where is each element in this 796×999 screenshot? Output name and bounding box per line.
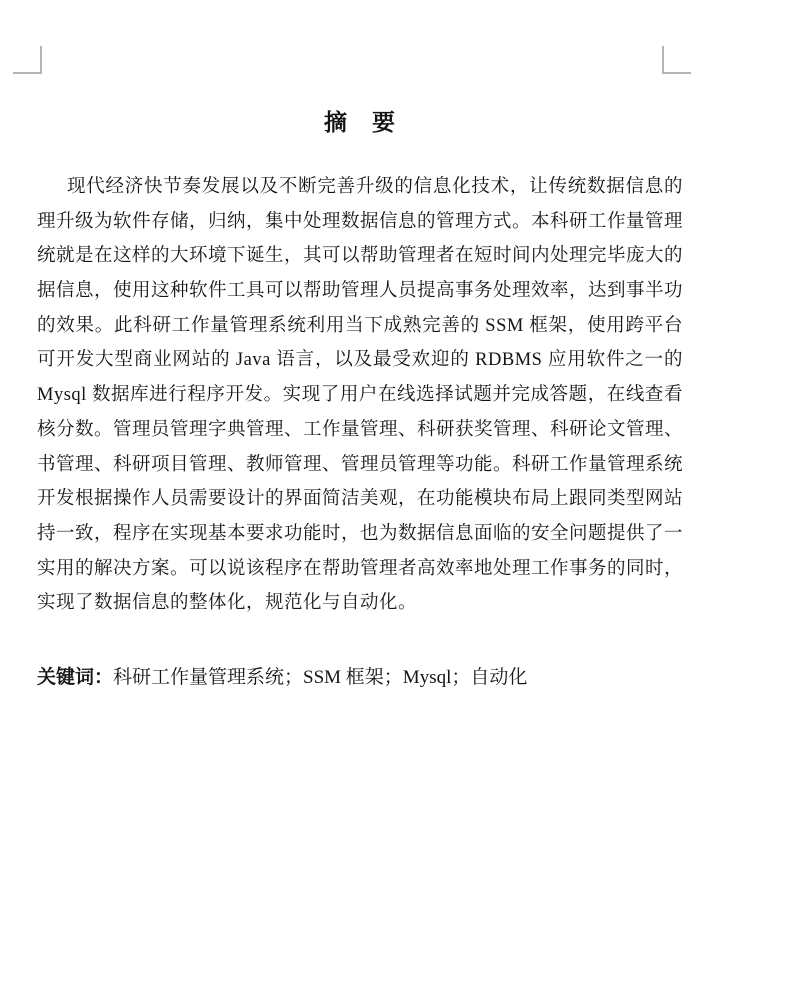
paragraph-line: 实用的解决方案。可以说该程序在帮助管理者高效率地处理工作事务的同时，也 — [37, 552, 683, 587]
paragraph-line: 开发根据操作人员需要设计的界面简洁美观，在功能模块布局上跟同类型网站保 — [37, 482, 683, 517]
paragraph-line: 现代经济快节奏发展以及不断完善升级的信息化技术，让传统数据信息的管 — [37, 170, 683, 205]
abstract-paragraph: 现代经济快节奏发展以及不断完善升级的信息化技术，让传统数据信息的管理升级为软件存… — [37, 170, 683, 621]
crop-mark-top-left-vertical — [40, 46, 42, 73]
paragraph-line: 可开发大型商业网站的 Java 语言，以及最受欢迎的 RDBMS 应用软件之一的 — [37, 343, 683, 378]
crop-mark-top-left-horizontal — [13, 72, 42, 74]
paragraph-line: 持一致，程序在实现基本要求功能时，也为数据信息面临的安全问题提供了一些 — [37, 517, 683, 552]
paragraph-line: 书管理、科研项目管理、教师管理、管理员管理等功能。科研工作量管理系统的 — [37, 448, 683, 483]
crop-mark-top-right-horizontal — [662, 72, 691, 74]
keywords-text: 科研工作量管理系统；SSM 框架；Mysql；自动化 — [113, 667, 527, 688]
abstract-title: 摘 要 — [37, 108, 683, 138]
keywords-line: 关键词：科研工作量管理系统；SSM 框架；Mysql；自动化 — [37, 664, 683, 692]
paragraph-line: Mysql 数据库进行程序开发。实现了用户在线选择试题并完成答题，在线查看考 — [37, 378, 683, 413]
paragraph-line: 实现了数据信息的整体化，规范化与自动化。 — [37, 586, 683, 621]
paragraph-line: 理升级为软件存储，归纳，集中处理数据信息的管理方式。本科研工作量管理系 — [37, 205, 683, 240]
paragraph-line: 的效果。此科研工作量管理系统利用当下成熟完善的 SSM 框架，使用跨平台的 — [37, 309, 683, 344]
keywords-label: 关键词： — [37, 667, 113, 688]
paragraph-line: 据信息，使用这种软件工具可以帮助管理人员提高事务处理效率，达到事半功倍 — [37, 274, 683, 309]
document-page: 摘 要 现代经济快节奏发展以及不断完善升级的信息化技术，让传统数据信息的管理升级… — [0, 0, 796, 999]
paragraph-line: 统就是在这样的大环境下诞生，其可以帮助管理者在短时间内处理完毕庞大的数 — [37, 239, 683, 274]
crop-mark-top-right-vertical — [662, 46, 664, 73]
paragraph-line: 核分数。管理员管理字典管理、工作量管理、科研获奖管理、科研论文管理、秘 — [37, 413, 683, 448]
